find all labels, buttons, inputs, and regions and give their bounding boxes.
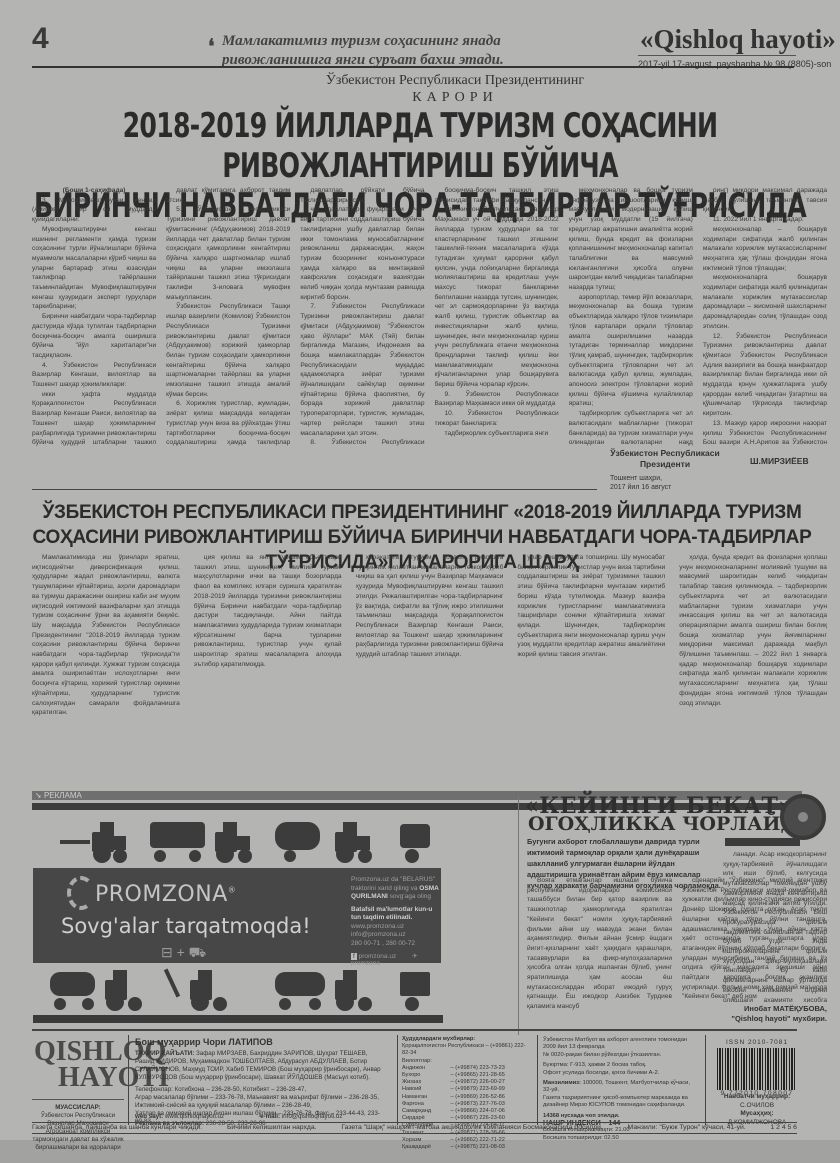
decree-column-6: ринг) миқдори максимал даражада мақбул б…: [703, 186, 827, 448]
decree-column-2: давлат қўмитасига ахборот тақдим этсин. …: [166, 186, 290, 448]
paragraph: давлат қўмитасига ахборот тақдим этсин.: [166, 186, 290, 205]
website-link[interactable]: www.qishloqhayoti.uz: [165, 1113, 224, 1120]
paragraph: ция қилиш ва янги туризм объектлари ташк…: [194, 553, 342, 669]
column-divider: [518, 795, 519, 1035]
barcode-block: ISSN 2010-7081 9 772010 708007: [717, 1039, 797, 1097]
footer-rule-top: [32, 1122, 797, 1123]
paragraph: 3. Мувофиқлаштирувчи кенгаш (Арипов) бир…: [32, 196, 156, 225]
paragraph: 11. 2022 йил 1 январга қадар:: [703, 215, 827, 225]
signature-place: Тошкент шаҳри,: [610, 474, 820, 483]
commentary-column-3: ҳаракатига туризм соҳаси ривожига тўсқин…: [356, 553, 504, 785]
promo-social-links: f promzona.uz ✈ promzona: [351, 952, 441, 967]
newspaper-name: «Qishloq hayoti»: [640, 24, 836, 55]
decree-signature: Ўзбекистон Республикаси Президенти Ш.МИР…: [610, 448, 820, 492]
footer-frequency: Газета сешанба, пайшанба ва шанба кунлар…: [32, 1124, 202, 1131]
table-row: Бухоро–(+99865) 221-28-65: [402, 1072, 532, 1079]
print-line: 2009 йил 13 февралда: [543, 1044, 698, 1051]
circulation: 14368 нусхада чоп этилди.: [543, 1113, 698, 1120]
issn: ISSN 2010-7081: [717, 1039, 797, 1046]
paragraph: 12. Ўзбекистон Республикаси Туризмни рив…: [703, 332, 827, 419]
decree-column-1: (Боши 1-саҳифада) 3. Мувофиқлаштирувчи к…: [32, 186, 156, 448]
founders-title: МУАССИСЛАР:: [32, 1104, 124, 1112]
print-line: № 0020-рақам билан рўйхатдан ўтказилган.: [543, 1052, 698, 1059]
imprint-divider-2: [397, 1035, 398, 1125]
board-label: ТАҲРИР ҲАЙЪАТИ:: [135, 1050, 194, 1057]
table-row: Андижон–(+99874) 223-73-23: [402, 1065, 532, 1072]
region-name: Андижон: [402, 1065, 450, 1072]
region-name: Хоразм: [402, 1137, 450, 1144]
email-link[interactable]: info@qishloqhayoti.uz: [282, 1113, 343, 1120]
paragraph: икки ҳафта муддатда Қорақалпоғистон Респ…: [32, 390, 156, 448]
paragraph: ланади. Асар ижодкорларнинг ҳуқуқ-тарбия…: [723, 850, 827, 1002]
signatory-name: Ш.МИРЗИЁЕВ: [750, 456, 809, 466]
paragraph: Мамлакатимизда иш ўринлари яратиш, иқтис…: [32, 553, 180, 718]
gear-icon: [67, 876, 95, 910]
promo-details: Promzona.uz da "BELARUS" traktorini xari…: [351, 876, 441, 948]
region-phone: (+99865) 221-28-65: [455, 1072, 532, 1079]
region-phone: (+99873) 227-76-03: [455, 1101, 532, 1108]
promo-phones: 280 00-71 , 280 00-72: [351, 940, 441, 949]
facebook-icon: f: [351, 953, 357, 960]
paragraph: 5. Ўзбекистон Республикаси Туризмни риво…: [166, 205, 290, 302]
commentary-column-1: Мамлакатимизда иш ўринлари яратиш, иқтис…: [32, 553, 180, 785]
region-phone: (+99874) 223-73-23: [455, 1065, 532, 1072]
paragraph: тадбиркорлик субъектларига янги: [435, 429, 559, 439]
duty-editor: С.ОЧИЛОВ: [717, 1102, 797, 1111]
web-label: web sayt:: [135, 1113, 163, 1120]
tractor-row-top-icon: [50, 818, 440, 866]
paragraph: 9. Ўзбекистон Республикаси Вазирлар Маҳк…: [435, 390, 559, 409]
regional-first: Қорақалпоғистон Республикаси – (+99861) …: [402, 1043, 532, 1057]
arrow-icon: ➘: [35, 791, 44, 800]
paragraph: Ўзбекистон Республикаси Вазирлар Маҳкама…: [435, 205, 559, 389]
phone-line: Ижтимоий-сиёсий ва ҳуқуқий масалалар бўл…: [135, 1102, 385, 1110]
region-name: Бухоро: [402, 1072, 450, 1079]
regional-title: Ҳудудлардаги мухбирлар:: [402, 1036, 532, 1043]
commentary-column-2: ция қилиш ва янги туризм объектлари ташк…: [194, 553, 342, 785]
paragraph: 7. Ўзбекистон Республикаси Туризмни риво…: [300, 302, 424, 438]
regional-phone-table: Андижон–(+99874) 223-73-23 Бухоро–(+9986…: [402, 1065, 532, 1151]
paragraph: 4. Ўзбекистон Республикаси Вазирлар Кенг…: [32, 361, 156, 390]
decree-issuer: Ўзбекистон Республикаси Президентининг: [0, 73, 840, 89]
region-name: Наманган: [402, 1094, 450, 1101]
paragraph: аэропортлар, темир йўл вокзаллари, меҳмо…: [569, 293, 693, 409]
continued-from-note: (Боши 1-саҳифада): [32, 186, 156, 196]
layout-note: Газета таҳририятнинг ҳисоб-компьютер мар…: [543, 1095, 698, 1110]
paragraph: 6. Хорижлик туристлар, жумладан, зиёрат …: [166, 399, 290, 448]
region-name: Навоий: [402, 1086, 450, 1093]
signatory-title: Ўзбекистон Республикаси Президенти: [610, 448, 720, 470]
paragraph: меҳмонхоналарга бошқарув ходимлари сифат…: [703, 273, 827, 331]
paragraph: меҳмонхоналар ва бошқа туризм инфратузил…: [569, 186, 693, 293]
founders-list: Ўзбекистон Республикаси Вазирлар Маҳкама…: [32, 1112, 124, 1152]
signature-date: 2017 йил 16 август: [610, 483, 820, 492]
masthead-tagline: Мамлакатимиз туризм соҳасининг янада рив…: [222, 32, 582, 70]
promo-headline: Sovg'alar tarqatmoqda!: [61, 914, 311, 938]
table-row: Хоразм–(+99862) 222-71-22: [402, 1137, 532, 1144]
chief-editor: Бош муҳаррир Чори ЛАТИПОВ: [135, 1037, 273, 1047]
ad-footer-bar: [33, 1015, 443, 1023]
ad-section-label: ➘ РЕКЛАМА: [35, 791, 82, 800]
trailer-plus-tractor-icon: ⊟ + ⛟: [161, 944, 206, 963]
promzona-logo: PROMZONA®: [95, 882, 236, 907]
phone-line: Котибхона – 236-28-50, Котибият – 236-28…: [175, 1086, 307, 1093]
byline-role: "Qishloq hayoti" мухбири.: [700, 1014, 827, 1024]
table-row: Жиззах–(+99872) 226-00-27: [402, 1079, 532, 1086]
article-byline: Инобат МАТЁҚУБОВА, "Qishloq hayoti" мухб…: [700, 1004, 827, 1024]
print-line: Буюртма: Г-913, ҳажми 2 босма табоқ.: [543, 1062, 698, 1069]
paragraph: улар бошқарувига топшириш. Шу муносабат …: [517, 553, 665, 660]
decree-body: (Боши 1-саҳифада) 3. Мувофиқлаштирувчи к…: [32, 186, 827, 448]
press-time-actual: Босишга топширилди: 02.50: [543, 1135, 698, 1142]
region-phone: (+99872) 226-00-27: [455, 1079, 532, 1086]
regional-subtitle: Вилоятлар:: [402, 1058, 532, 1065]
telegram-icon: ✈: [412, 953, 417, 960]
region-name: Қашқадарё: [402, 1144, 450, 1151]
table-row: Самарқанд–(+99866) 224-07-06: [402, 1108, 532, 1115]
paragraph: Вояга етмаганлар ишлаши бўйича республик…: [527, 876, 672, 1012]
paragraph: босқичма-босқич ташкил этиш тўғрисидаги …: [435, 186, 559, 205]
tagline-line-1: Мамлакатимиз туризм соҳасининг янада: [222, 32, 582, 51]
imprint-divider-4: [705, 1035, 706, 1125]
newspaper-page: 4 ❛ Мамлакатимиз туризм соҳасининг янада…: [0, 0, 840, 1163]
region-phone: (+99866) 224-07-06: [455, 1108, 532, 1115]
paragraph: давлатлар рўйхати бўйича таклифлар кирит…: [300, 186, 424, 205]
facebook-link[interactable]: promzona.uz: [359, 953, 397, 960]
web-contacts: web sayt: www.qishloqhayoti.uz e-mail: i…: [135, 1113, 395, 1120]
paragraph: 8. Ўзбекистон Республикаси Туризмни риво…: [300, 438, 424, 448]
section-divider: [32, 489, 597, 490]
footer-pages: 1 2 4 5 6: [770, 1124, 796, 1131]
footer-format: Бичими келишилган нархда.: [227, 1124, 317, 1131]
footer-printing-address: Манзили: "Буюк Турон" кўчаси, 41-уй.: [628, 1124, 746, 1131]
promo-email-link[interactable]: info@promzona.uz: [351, 931, 441, 940]
page-number: 4: [32, 22, 49, 56]
paragraph: меҳмонхоналар – бошқарув ходимлари сифат…: [703, 225, 827, 274]
paragraph: 10. Ўзбекистон Республикаси тижорат банк…: [435, 409, 559, 428]
proofreader-label: Мусаҳҳиҳ:: [717, 1110, 797, 1119]
signatory-title-line-1: Ўзбекистон Республикаси: [610, 448, 720, 459]
tractor-row-bottom-icon: [50, 966, 440, 1014]
imprint-divider-1: [128, 1035, 129, 1125]
address-label: Манзилимиз:: [543, 1080, 581, 1086]
phone-line: Аграр масалалар бўлими – 233-76-78, Маън…: [135, 1094, 385, 1102]
film-projector-icon: [725, 838, 800, 846]
promzona-brand: PROMZONA: [95, 882, 228, 907]
promo-info-text: Batafsil ma'lumotlar kun-u tun taqdim et…: [351, 906, 441, 923]
table-row: Навоий–(+99879) 223-69-99: [402, 1086, 532, 1093]
footer-printing: Газета "Шарқ" нашриёт-матбаа акциядорлик…: [341, 1124, 602, 1131]
region-phone: (+99875) 221-08-03: [455, 1144, 532, 1151]
region-phone: (+99869) 226-52-86: [455, 1094, 532, 1101]
commentary-body: Мамлакатимизда иш ўринлари яратиш, иқтис…: [32, 553, 827, 785]
region-phone: (+99862) 222-71-22: [455, 1137, 532, 1144]
paragraph: Биринчи навбатдаги чора-тадбирлар дастур…: [32, 312, 156, 361]
editorial-board: ТАҲРИР ҲАЙЪАТИ: Зафар МИРЗАЕВ, Бахриддин…: [135, 1050, 385, 1082]
duty-editor-label: Навбатчи муҳаррир:: [717, 1093, 797, 1102]
email-label: e-mail:: [260, 1113, 280, 1120]
ad-label-text: РЕКЛАМА: [44, 791, 82, 800]
table-row: Наманган–(+99869) 226-52-86: [402, 1094, 532, 1101]
masthead-divider: [32, 66, 794, 68]
paragraph: ҳаракатига туризм соҳаси ривожига тўсқин…: [356, 553, 504, 660]
imprint-divider: [32, 1029, 797, 1031]
tagline-quote-mark-icon: ❛: [208, 34, 214, 59]
commentary-column-4: улар бошқарувига топшириш. Шу муносабат …: [517, 553, 665, 785]
signatory-title-line-2: Президенти: [610, 459, 720, 470]
decree-kind: КАРОРИ: [0, 90, 840, 106]
film-reel-icon: [780, 794, 826, 840]
paragraph: Ўзбекистон Республикаси Ташқи ишлар вази…: [166, 302, 290, 399]
region-name: Фарғона: [402, 1101, 450, 1108]
article-title-line-2: ОГОҲЛИККА ЧОРЛАЙДИ: [528, 814, 815, 835]
byline-name: Инобат МАТЁҚУБОВА,: [700, 1004, 827, 1014]
barcode-icon: [717, 1048, 797, 1090]
paragraph: тадбиркорлик субъектларига чет эл валюта…: [569, 409, 693, 448]
decree-column-4: босқичма-босқич ташкил этиш тўғрисидаги …: [435, 186, 559, 448]
table-row: Қашқадарё–(+99875) 221-08-03: [402, 1144, 532, 1151]
paragraph: ринг) миқдори максимал даражада мақбул б…: [703, 186, 827, 215]
promo-offer-end: sovg'aga oling: [390, 893, 431, 900]
decree-column-3: давлатлар рўйхати бўйича таклифлар кирит…: [300, 186, 424, 448]
paragraph: ҳолда, бунда кредит ва фоизларни қоплаш …: [679, 553, 827, 708]
article-column-3: ланади. Асар ижодкорларнинг ҳуқуқ-тарбия…: [723, 850, 827, 1002]
region-phone: (+99879) 223-69-99: [455, 1086, 532, 1093]
article-column-1: Вояга етмаганлар ишлаши бўйича республик…: [527, 876, 672, 1031]
region-name: Самарқанд: [402, 1108, 450, 1115]
decree-title-line-1: 2018-2019 ЙИЛЛАРДА ТУРИЗМ СОҲАСИНИ РИВОЖ…: [20, 106, 819, 186]
promo-website-link[interactable]: www.promzona.uz: [351, 923, 441, 932]
signature-place-date: Тошкент шаҳри, 2017 йил 16 август: [610, 474, 820, 492]
paragraph: чет давлатлар фуқаролари учун виза тарти…: [300, 205, 424, 302]
promo-banner[interactable]: PROMZONA® Sovg'alar tarqatmoqda! ⊟ + ⛟ P…: [33, 868, 441, 963]
paragraph: 13. Мазкур қарор ижросини назорат қилиш …: [703, 419, 827, 448]
phones-label: Телефонлар:: [135, 1086, 173, 1093]
footer-strip: Газета сешанба, пайшанба ва шанба кунлар…: [32, 1124, 797, 1131]
imprint-divider-3: [537, 1035, 538, 1125]
decree-column-5: меҳмонхоналар ва бошқа туризм инфратузил…: [569, 186, 693, 448]
paragraph: Мувофиқлаштирувчи кенгаш ишининг регламе…: [32, 225, 156, 312]
print-line: Офсет усулида босилди, қоғоз бичими А-2.: [543, 1070, 698, 1077]
footer-rule-bottom: [32, 1133, 797, 1134]
table-row: Фарғона–(+99873) 227-76-03: [402, 1101, 532, 1108]
commentary-column-5: ҳолда, бунда кредит ва фоизларни қоплаш …: [679, 553, 827, 785]
